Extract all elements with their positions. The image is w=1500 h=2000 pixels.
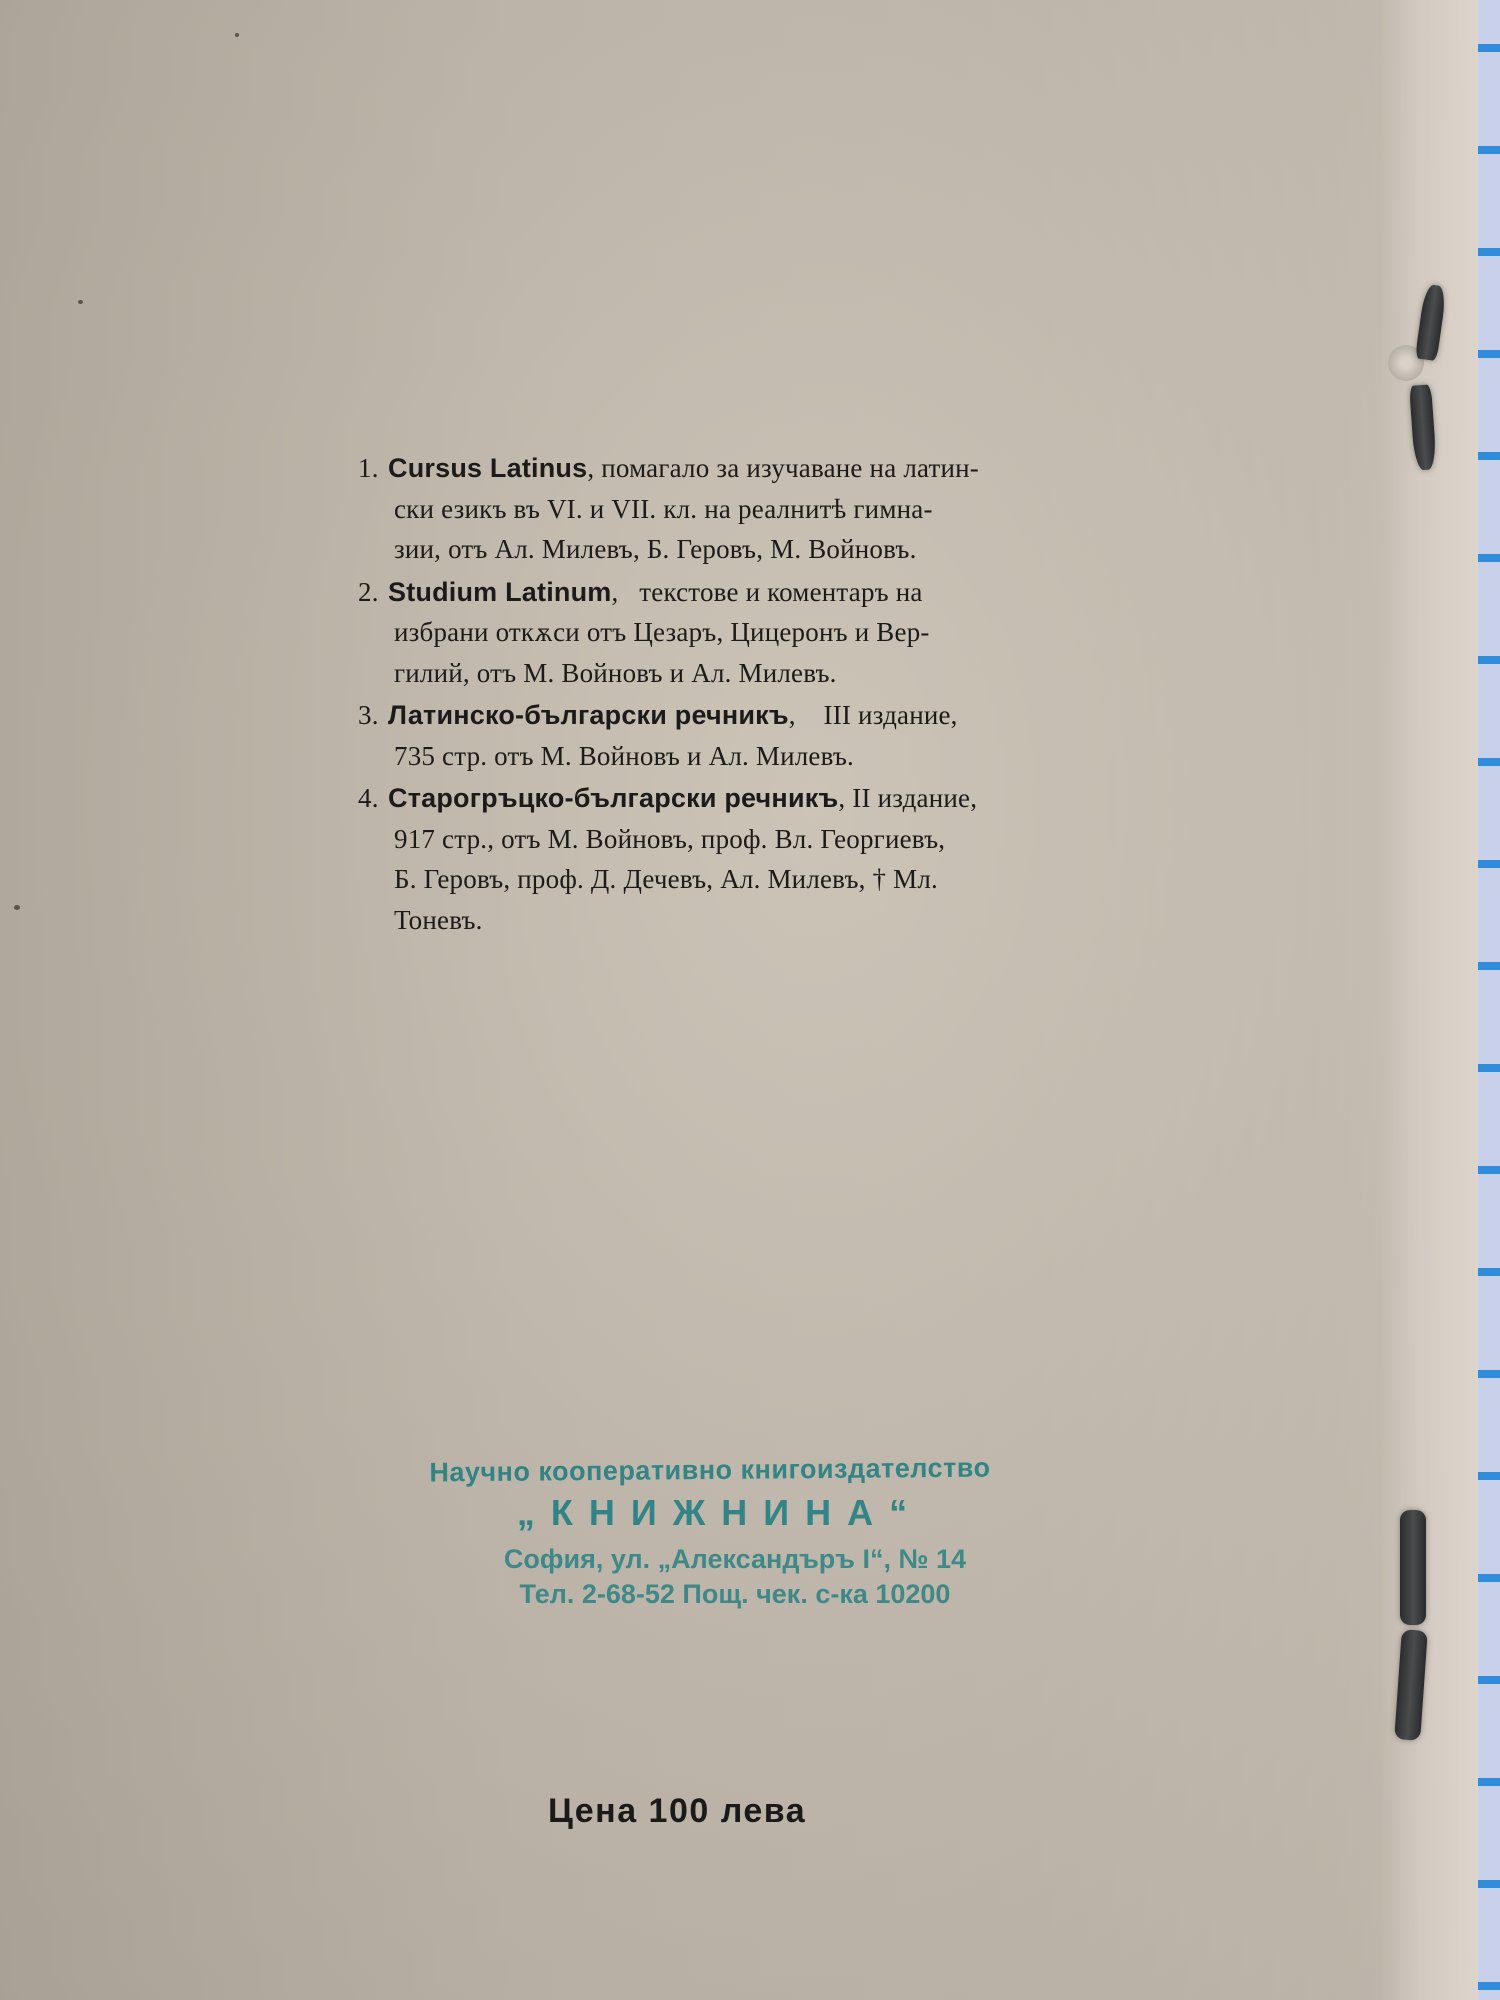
book-entry-title: Studium Latinum	[388, 577, 611, 607]
book-entry-text: гилий, отъ М. Войновъ и Ал. Милевъ.	[358, 653, 1120, 694]
book-entry-text: Тоневъ.	[358, 900, 1120, 941]
book-entry-title: Cursus Latinus	[388, 453, 587, 483]
book-entry-2: 2.Studium Latinum, текстове и коментаръ …	[358, 572, 1120, 694]
book-entry-4: 4.Старогръцко-български речникъ, II изда…	[358, 778, 1120, 940]
staple-bottom-icon	[1400, 1510, 1426, 1625]
book-entry-text: Б. Геровъ, проф. Д. Дечевъ, Ал. Милевъ, …	[358, 859, 1120, 900]
book-entry-3: 3.Латинско-български речникъ, III издани…	[358, 695, 1120, 776]
book-entry-text: помагало за изучаване на латин-	[601, 453, 979, 483]
paper-speck	[78, 300, 83, 304]
book-entry-title: Латинско-български речникъ	[388, 700, 789, 730]
book-entry-1: 1.Cursus Latinus, помагало за изучаване …	[358, 448, 1120, 570]
book-entry-text: зии, отъ Ал. Милевъ, Б. Геровъ, М. Войно…	[358, 529, 1120, 570]
book-entry-text: текстове и коментаръ на	[639, 577, 922, 607]
book-entry-text: III издание,	[824, 700, 958, 730]
paper-speck	[14, 905, 20, 910]
book-entry-text: ски езикъ въ VI. и VII. кл. на реалнитѣ …	[358, 489, 1120, 530]
book-entry-text: II издание,	[852, 783, 977, 813]
book-entry-number: 1.	[358, 448, 388, 489]
notebook-background-lined	[1478, 0, 1500, 2000]
book-entry-text: 917 стр., отъ М. Войновъ, проф. Вл. Геор…	[358, 819, 1120, 860]
stamp-publisher-name: Научно кооперативно книгоиздателство	[350, 1452, 1070, 1489]
stamp-phone-account: Тел. 2-68-52 Пощ. чек. с-ка 10200	[400, 1579, 1070, 1610]
stamp-publisher-brand: „КНИЖНИНА“	[370, 1492, 1070, 1534]
book-entry-title: Старогръцко-български речникъ	[388, 783, 838, 813]
price-label: Цена 100 лева	[548, 1792, 928, 1831]
page-paper	[0, 0, 1478, 2000]
book-entry-text: избрани откѫси отъ Цезаръ, Цицеронъ и Ве…	[358, 612, 1120, 653]
publisher-book-list: 1.Cursus Latinus, помагало за изучаване …	[358, 448, 1120, 942]
book-entry-number: 2.	[358, 572, 388, 613]
book-entry-text: 735 стр. отъ М. Войновъ и Ал. Милевъ.	[358, 736, 1120, 777]
stamp-address: София, ул. „Александъръ I“, № 14	[400, 1544, 1070, 1575]
book-entry-number: 3.	[358, 695, 388, 736]
book-entry-number: 4.	[358, 778, 388, 819]
publisher-stamp: Научно кооперативно книгоиздателство „КН…	[370, 1455, 1070, 1610]
paper-speck	[235, 33, 239, 37]
